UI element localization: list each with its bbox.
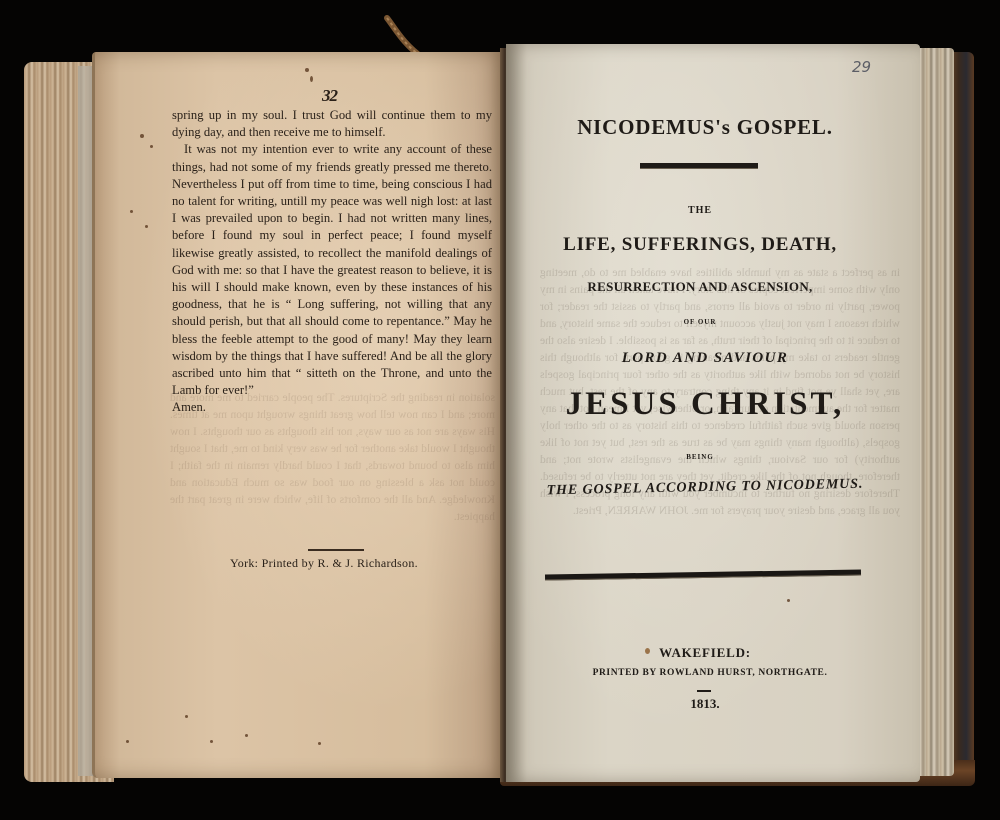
printer-imprint: York: Printed by R. & J. Richardson. (230, 556, 418, 571)
title-rule (640, 163, 758, 169)
imprint-rule (308, 549, 364, 551)
left-page-body: spring up in my soul. I trust God will c… (172, 107, 492, 417)
place-of-publication: WAKEFIELD: (630, 645, 780, 661)
pencil-folio-number: 29 (852, 58, 871, 76)
publication-year: 1813. (680, 696, 730, 712)
year-rule (697, 690, 711, 692)
foxing-spot (126, 740, 129, 743)
foxing-spot (145, 225, 148, 228)
subtitle-of-our: OF OUR (670, 318, 730, 326)
subtitle-jesus-christ: JESUS CHRIST, (545, 386, 865, 423)
foxing-spot (310, 76, 313, 82)
foxing-spot (318, 742, 321, 745)
closing-amen: Amen. (172, 399, 492, 416)
foxing-spot (305, 68, 309, 72)
subtitle-lord: LORD AND SAVIOUR (600, 350, 810, 367)
foxing-spot (130, 210, 133, 213)
subtitle-line-1: LIFE, SUFFERINGS, DEATH, (530, 234, 870, 256)
paragraph: It was not my intention ever to write an… (172, 141, 492, 399)
printer-line: PRINTED BY ROWLAND HURST, NORTHGATE. (565, 668, 855, 678)
foxing-spot (645, 648, 650, 654)
foxing-spot (210, 740, 213, 743)
foxing-spot (787, 599, 790, 602)
book-title: NICODEMUS's GOSPEL. (540, 115, 870, 140)
paragraph: spring up in my soul. I trust God will c… (172, 107, 492, 141)
foxing-spot (150, 145, 153, 148)
foxing-spot (185, 715, 188, 718)
subtitle-line-2: RESURRECTION AND ASCENSION, (560, 279, 840, 295)
foxing-spot (245, 734, 248, 737)
subtitle-the: THE (665, 205, 735, 216)
foxing-spot (140, 134, 144, 138)
page-number: 32 (322, 86, 337, 106)
subtitle-being: BEING (680, 453, 720, 461)
